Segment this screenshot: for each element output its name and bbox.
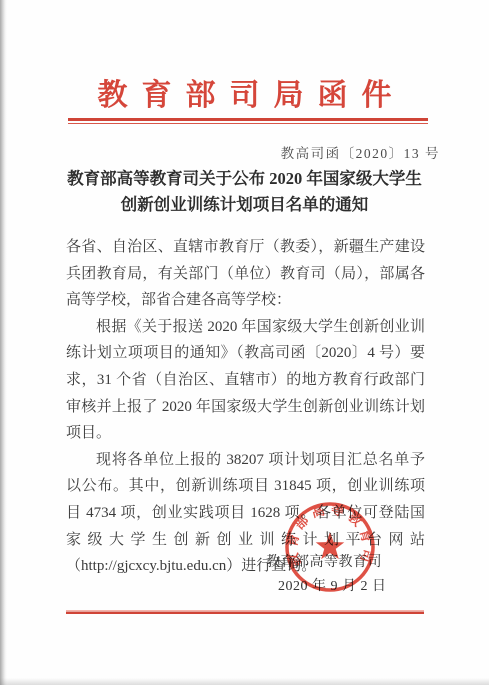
header-double-rule [68,118,428,124]
document-title-line1: 教育部高等教育司关于公布 2020 年国家级大学生 [30,166,459,192]
letterhead-title: 教育部司局函件 [0,70,489,114]
document-number: 教高司函〔2020〕13 号 [281,142,440,162]
scanned-letter-page: 教育部司局函件 教高司函〔2020〕13 号 教育部高等教育司关于公布 2020… [0,0,489,685]
paragraph-basis: 根据《关于报送 2020 年国家级大学生创新创业训练计划立项项目的通知》（教高司… [66,314,425,447]
seal-star-icon [316,532,345,559]
document-title: 教育部高等教育司关于公布 2020 年国家级大学生 创新创业训练计划项目名单的通… [30,166,459,218]
scan-page-edge [0,0,7,685]
salutation: 各省、自治区、直辖市教育厅（教委），新疆生产建设兵团教育局，有关部门（单位）教育… [66,234,425,314]
scan-page-shadow [0,678,489,685]
official-seal-icon: 教育部高等教育司 [283,500,377,594]
footer-rule [66,610,424,614]
document-title-line2: 创新创业训练计划项目名单的通知 [30,192,459,218]
